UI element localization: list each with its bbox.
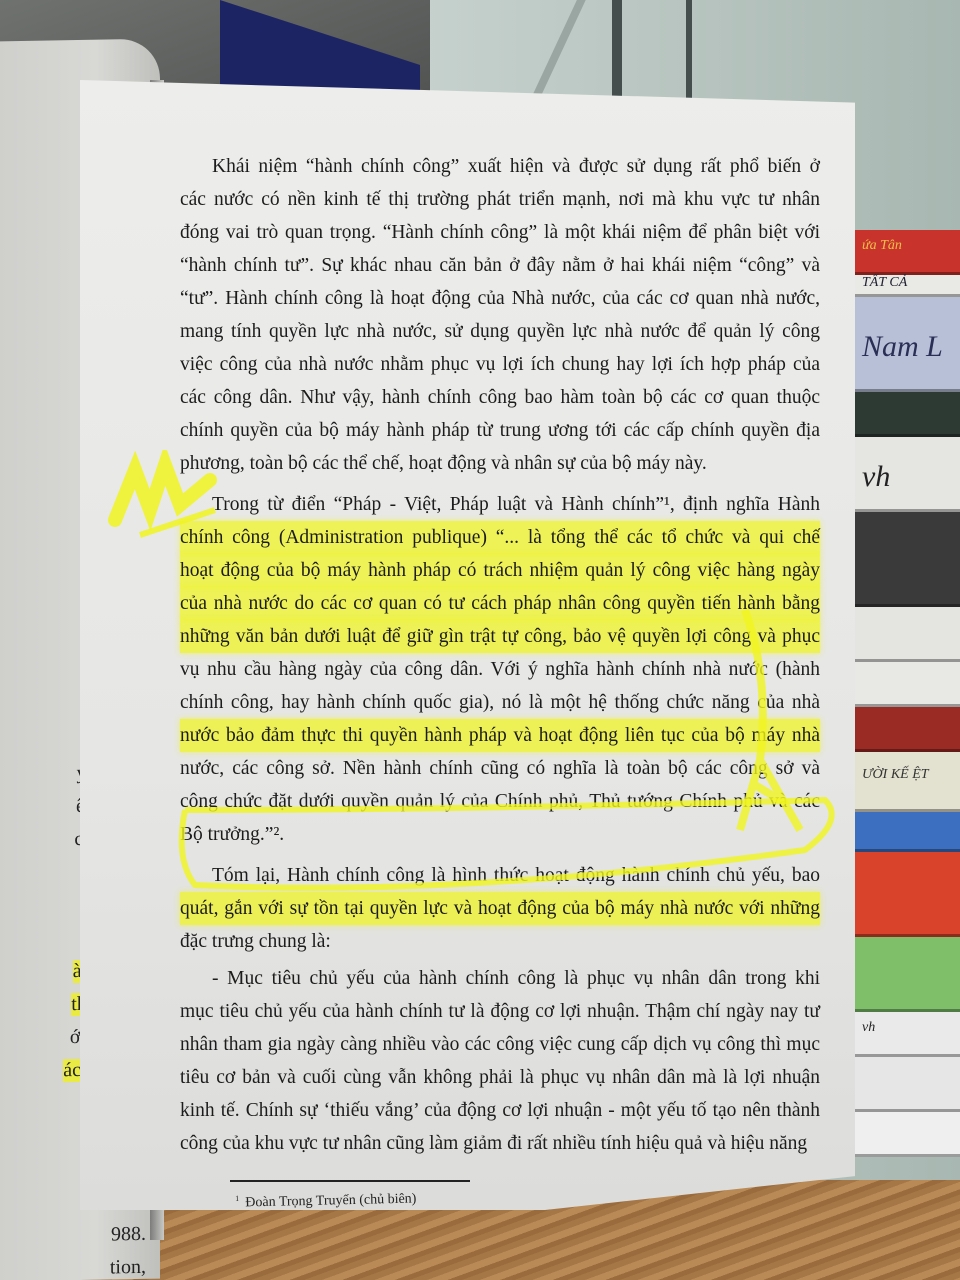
text-line: - Mục tiêu chủ yếu của hành chính công l… [180,962,820,995]
book-spine [850,607,960,662]
text-line: “hành chính tư”. Sự khác nhau căn bản ở … [180,249,820,282]
text-line: Tóm lại, Hành chính công là hình thức ho… [180,859,820,892]
book-spine: vh [850,1012,960,1057]
text-line: phương, toàn bộ các thể chế, hoạt động v… [180,447,820,480]
paragraph-definition: Trong từ điển “Pháp - Việt, Pháp luật và… [180,488,820,851]
highlighted-line: hoạt động của bộ máy hành pháp có trách … [180,554,820,587]
text-line: công của khu vực tư nhân cũng làm giảm đ… [180,1127,820,1160]
book-spine: ứa Tân [850,230,960,275]
text-line: mang tính quyền lực nhà nước, sử dụng qu… [180,315,820,348]
highlighted-line: chính công (Administration publique) “..… [180,521,820,554]
text-line: “tư”. Hành chính công là hoạt động của N… [180,282,820,315]
book-spine: ƯỜI KẾ ỆT [850,752,960,812]
text-line: tiêu cơ bản và cuối cùng vẫn không phải … [180,1061,820,1094]
book-spine [850,937,960,1012]
text-line: công chức đặt dưới quyền quản lý của Chí… [180,785,820,818]
text-line: nhân tham gia ngày càng nhiều vào các cô… [180,1028,820,1061]
highlighted-line: những văn bản dưới luật để giữ gìn trật … [180,620,820,653]
book-spine [850,812,960,852]
highlighted-line: nước bảo đảm thực thi quyền hành pháp và… [180,719,820,752]
highlighted-line: quát, gắn với sự tồn tại quyền lực và ho… [180,892,820,925]
book-spine: Nam L [850,297,960,392]
book-spine [850,392,960,437]
page-body: Khái niệm “hành chính công” xuất hiện và… [180,150,820,1160]
book-stack: ứa TânTẤT CẢNam LvhƯỜI KẾ ỆTvh [850,230,960,1180]
text-line: Khái niệm “hành chính công” xuất hiện và… [180,150,820,183]
text-line: chính quyền của bộ máy hành pháp từ trun… [180,414,820,447]
book-spine-title: TẤT CẢ [862,275,907,291]
previous-page-line: 988. [111,1223,146,1247]
book-spine [850,1112,960,1157]
book-spine [850,1057,960,1112]
text-line: việc công của nhà nước nhằm phục vụ lợi … [180,348,820,381]
book-spine: TẤT CẢ [850,275,960,297]
previous-page-line: tion, [110,1256,146,1280]
text-line: chính công, hay hành chính quốc gia), nó… [180,686,820,719]
text-line: nước, các công sở. Nền hành chính cũng c… [180,752,820,785]
book-spine-title: Nam L [862,330,943,364]
paragraph-intro: Khái niệm “hành chính công” xuất hiện và… [180,150,820,480]
text-line: Trong từ điển “Pháp - Việt, Pháp luật và… [180,488,820,521]
book-spine [850,662,960,707]
book-spine [850,707,960,752]
text-line: mục tiêu chủ yếu của hành chính tư là độ… [180,995,820,1028]
book-spine-title: vh [862,1020,875,1036]
text-line: đóng vai trò quan trọng. “Hành chính côn… [180,216,820,249]
highlighted-line: của nhà nước do các cơ quan có tư cách p… [180,587,820,620]
text-line: đặc trưng chung là: [180,925,820,958]
book-spine-title: ƯỜI KẾ ỆT [862,767,929,783]
book-spine [850,852,960,937]
paragraph-objective: - Mục tiêu chủ yếu của hành chính công l… [180,962,820,1160]
text-line: kinh tế. Chính sự ‘thiếu vắng’ của động … [180,1094,820,1127]
text-line: Bộ trưởng.”². [180,818,820,851]
book-spine: vh [850,437,960,512]
book-spine [850,512,960,607]
book-page: Khái niệm “hành chính công” xuất hiện và… [80,80,855,1210]
footnote-divider [230,1180,470,1182]
book-spine-title: vh [862,460,890,494]
text-line: vụ nhu cầu hàng ngày của công dân. Với ý… [180,653,820,686]
paragraph-summary: Tóm lại, Hành chính công là hình thức ho… [180,859,820,958]
book-spine-title: ứa Tân [862,238,902,254]
text-line: các nước có nền kinh tế thị trường phát … [180,183,820,216]
text-line: các công dân. Như vậy, hành chính công b… [180,381,820,414]
